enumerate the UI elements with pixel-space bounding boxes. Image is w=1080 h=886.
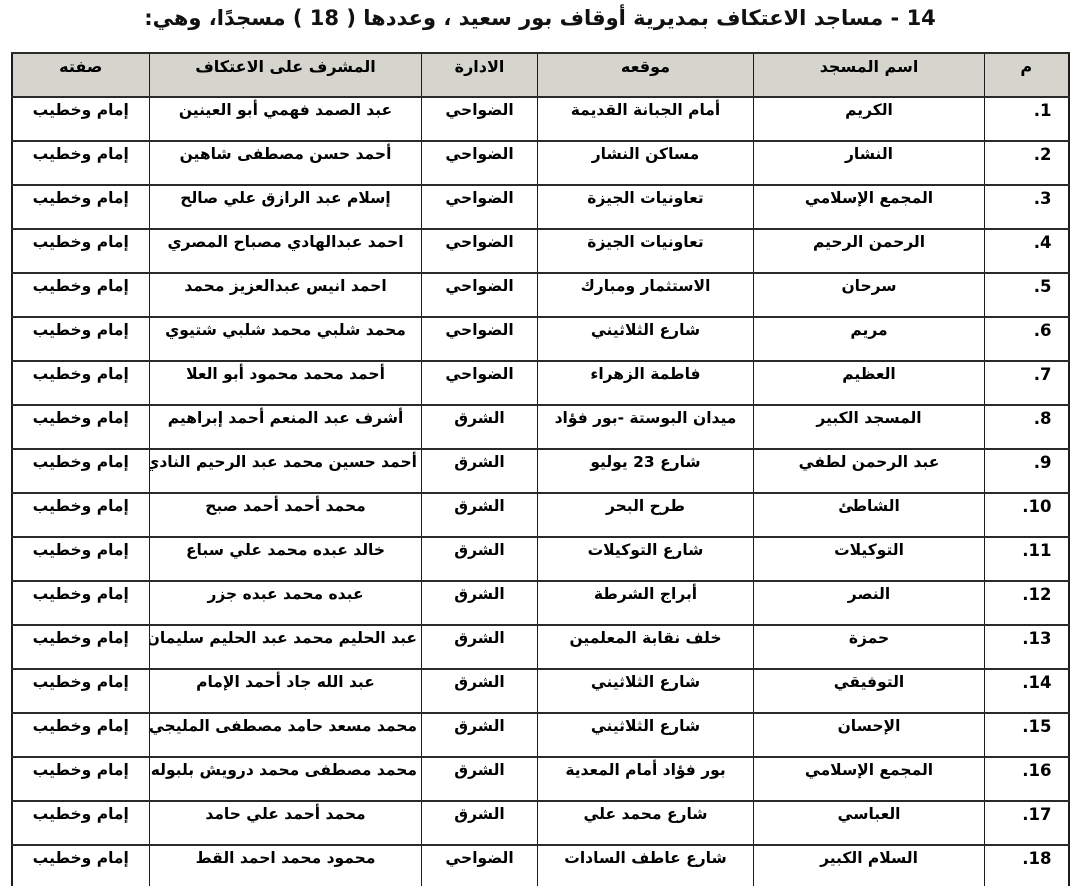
table-row: 3.المجمع الإسلاميتعاونيات الجيزةالضواحيإ… [12, 185, 1069, 229]
cell-location: فاطمة الزهراء [538, 361, 754, 405]
table-row: 14.التوفيقيشارع الثلاثينيالشرقعبد الله ج… [12, 669, 1069, 713]
table-header-row: م اسم المسجد موقعه الادارة المشرف على ال… [12, 53, 1069, 97]
cell-supervisor: محمد مسعد حامد مصطفى المليجي [150, 713, 422, 757]
cell-supervisor: محمد مصطفى محمد درويش بلبوله [150, 757, 422, 801]
column-header-admin: الادارة [422, 53, 538, 97]
cell-admin: الضواحي [422, 361, 538, 405]
cell-mosque: المجمع الإسلامي [754, 185, 985, 229]
cell-mosque: التوفيقي [754, 669, 985, 713]
cell-supervisor: احمد انيس عبدالعزيز محمد [150, 273, 422, 317]
cell-num: 3. [985, 185, 1069, 229]
cell-role: إمام وخطيب [12, 141, 150, 185]
cell-role: إمام وخطيب [12, 317, 150, 361]
table-row: 18.السلام الكبيرشارع عاطف الساداتالضواحي… [12, 845, 1069, 886]
table-row: 13.حمزةخلف نقابة المعلمينالشرقعبد الحليم… [12, 625, 1069, 669]
table-row: 1.الكريمأمام الجبانة القديمةالضواحيعبد ا… [12, 97, 1069, 141]
table-row: 7.العظيمفاطمة الزهراءالضواحيأحمد محمد مح… [12, 361, 1069, 405]
cell-admin: الشرق [422, 537, 538, 581]
cell-location: بور فؤاد أمام المعدية [538, 757, 754, 801]
cell-num: 14. [985, 669, 1069, 713]
cell-admin: الضواحي [422, 273, 538, 317]
cell-supervisor: عبد الصمد فهمي أبو العينين [150, 97, 422, 141]
cell-supervisor: خالد عبده محمد علي سباع [150, 537, 422, 581]
cell-mosque: الرحمن الرحيم [754, 229, 985, 273]
table-row: 5.سرحانالاستثمار ومباركالضواحياحمد انيس … [12, 273, 1069, 317]
cell-location: شارع عاطف السادات [538, 845, 754, 886]
cell-supervisor: عبده محمد عبده جزر [150, 581, 422, 625]
cell-location: شارع التوكيلات [538, 537, 754, 581]
cell-mosque: المسجد الكبير [754, 405, 985, 449]
cell-supervisor: أحمد حسن مصطفى شاهين [150, 141, 422, 185]
page-title: 14 - مساجد الاعتكاف بمديرية أوقاف بور سع… [0, 0, 1080, 30]
cell-location: شارع الثلاثيني [538, 669, 754, 713]
cell-location: شارع الثلاثيني [538, 713, 754, 757]
cell-mosque: الكريم [754, 97, 985, 141]
cell-supervisor: محمد أحمد أحمد صبح [150, 493, 422, 537]
cell-num: 7. [985, 361, 1069, 405]
cell-mosque: الإحسان [754, 713, 985, 757]
cell-location: أبراج الشرطة [538, 581, 754, 625]
cell-role: إمام وخطيب [12, 185, 150, 229]
cell-location: طرح البحر [538, 493, 754, 537]
cell-admin: الضواحي [422, 141, 538, 185]
cell-num: 17. [985, 801, 1069, 845]
cell-location: الاستثمار ومبارك [538, 273, 754, 317]
cell-mosque: حمزة [754, 625, 985, 669]
table-row: 4.الرحمن الرحيمتعاونيات الجيزةالضواحياحم… [12, 229, 1069, 273]
table-row: 6.مريمشارع الثلاثينيالضواحيمحمد شلبي محم… [12, 317, 1069, 361]
cell-mosque: الشاطئ [754, 493, 985, 537]
cell-num: 18. [985, 845, 1069, 886]
cell-num: 4. [985, 229, 1069, 273]
cell-location: خلف نقابة المعلمين [538, 625, 754, 669]
cell-role: إمام وخطيب [12, 537, 150, 581]
cell-supervisor: محمد أحمد علي حامد [150, 801, 422, 845]
cell-num: 8. [985, 405, 1069, 449]
table-body: 1.الكريمأمام الجبانة القديمةالضواحيعبد ا… [12, 97, 1069, 886]
cell-admin: الضواحي [422, 845, 538, 886]
cell-mosque: سرحان [754, 273, 985, 317]
cell-admin: الضواحي [422, 317, 538, 361]
cell-location: شارع الثلاثيني [538, 317, 754, 361]
table-row: 9.عبد الرحمن لطفيشارع 23 يوليوالشرقأحمد … [12, 449, 1069, 493]
table-row: 16.المجمع الإسلاميبور فؤاد أمام المعديةا… [12, 757, 1069, 801]
cell-admin: الشرق [422, 581, 538, 625]
cell-admin: الضواحي [422, 229, 538, 273]
cell-admin: الشرق [422, 801, 538, 845]
cell-mosque: السلام الكبير [754, 845, 985, 886]
cell-admin: الشرق [422, 625, 538, 669]
cell-supervisor: عبد الحليم محمد عبد الحليم سليمان [150, 625, 422, 669]
cell-mosque: العباسي [754, 801, 985, 845]
cell-num: 15. [985, 713, 1069, 757]
cell-mosque: النشار [754, 141, 985, 185]
column-header-num: م [985, 53, 1069, 97]
cell-location: شارع محمد علي [538, 801, 754, 845]
cell-supervisor: محمد شلبي محمد شلبي شتيوي [150, 317, 422, 361]
cell-mosque: عبد الرحمن لطفي [754, 449, 985, 493]
cell-num: 5. [985, 273, 1069, 317]
cell-num: 11. [985, 537, 1069, 581]
cell-role: إمام وخطيب [12, 757, 150, 801]
cell-mosque: التوكيلات [754, 537, 985, 581]
cell-role: إمام وخطيب [12, 493, 150, 537]
cell-role: إمام وخطيب [12, 625, 150, 669]
cell-supervisor: محمود محمد احمد القط [150, 845, 422, 886]
cell-role: إمام وخطيب [12, 581, 150, 625]
cell-admin: الشرق [422, 669, 538, 713]
cell-admin: الشرق [422, 449, 538, 493]
cell-admin: الضواحي [422, 185, 538, 229]
cell-role: إمام وخطيب [12, 669, 150, 713]
table-row: 17.العباسيشارع محمد عليالشرقمحمد أحمد عل… [12, 801, 1069, 845]
cell-num: 10. [985, 493, 1069, 537]
cell-location: تعاونيات الجيزة [538, 229, 754, 273]
cell-role: إمام وخطيب [12, 361, 150, 405]
cell-supervisor: احمد عبدالهادي مصباح المصري [150, 229, 422, 273]
cell-num: 12. [985, 581, 1069, 625]
table-row: 10.الشاطئطرح البحرالشرقمحمد أحمد أحمد صب… [12, 493, 1069, 537]
cell-admin: الضواحي [422, 97, 538, 141]
mosques-table: م اسم المسجد موقعه الادارة المشرف على ال… [11, 52, 1070, 886]
cell-supervisor: أحمد محمد محمود أبو العلا [150, 361, 422, 405]
cell-supervisor: أحمد حسين محمد عبد الرحيم النادي [150, 449, 422, 493]
table-row: 12.النصرأبراج الشرطةالشرقعبده محمد عبده … [12, 581, 1069, 625]
document-page: 14 - مساجد الاعتكاف بمديرية أوقاف بور سع… [0, 0, 1080, 886]
cell-role: إمام وخطيب [12, 229, 150, 273]
column-header-mosque: اسم المسجد [754, 53, 985, 97]
cell-admin: الشرق [422, 757, 538, 801]
cell-mosque: المجمع الإسلامي [754, 757, 985, 801]
cell-num: 6. [985, 317, 1069, 361]
table-row: 11.التوكيلاتشارع التوكيلاتالشرقخالد عبده… [12, 537, 1069, 581]
table-row: 2.النشارمساكن النشارالضواحيأحمد حسن مصطف… [12, 141, 1069, 185]
cell-admin: الشرق [422, 493, 538, 537]
cell-supervisor: إسلام عبد الرازق علي صالح [150, 185, 422, 229]
cell-mosque: النصر [754, 581, 985, 625]
cell-num: 9. [985, 449, 1069, 493]
cell-location: أمام الجبانة القديمة [538, 97, 754, 141]
cell-num: 1. [985, 97, 1069, 141]
cell-location: شارع 23 يوليو [538, 449, 754, 493]
cell-role: إمام وخطيب [12, 801, 150, 845]
column-header-location: موقعه [538, 53, 754, 97]
table-row: 15.الإحسانشارع الثلاثينيالشرقمحمد مسعد ح… [12, 713, 1069, 757]
cell-role: إمام وخطيب [12, 97, 150, 141]
table-row: 8.المسجد الكبيرميدان البوستة -بور فؤادال… [12, 405, 1069, 449]
cell-role: إمام وخطيب [12, 713, 150, 757]
cell-num: 13. [985, 625, 1069, 669]
cell-location: تعاونيات الجيزة [538, 185, 754, 229]
cell-mosque: مريم [754, 317, 985, 361]
cell-supervisor: عبد الله جاد أحمد الإمام [150, 669, 422, 713]
cell-num: 2. [985, 141, 1069, 185]
cell-admin: الشرق [422, 713, 538, 757]
column-header-supervisor: المشرف على الاعتكاف [150, 53, 422, 97]
cell-mosque: العظيم [754, 361, 985, 405]
cell-supervisor: أشرف عبد المنعم أحمد إبراهيم [150, 405, 422, 449]
column-header-role: صفته [12, 53, 150, 97]
cell-role: إمام وخطيب [12, 405, 150, 449]
cell-role: إمام وخطيب [12, 449, 150, 493]
cell-location: مساكن النشار [538, 141, 754, 185]
cell-location: ميدان البوستة -بور فؤاد [538, 405, 754, 449]
cell-role: إمام وخطيب [12, 845, 150, 886]
cell-admin: الشرق [422, 405, 538, 449]
cell-role: إمام وخطيب [12, 273, 150, 317]
cell-num: 16. [985, 757, 1069, 801]
